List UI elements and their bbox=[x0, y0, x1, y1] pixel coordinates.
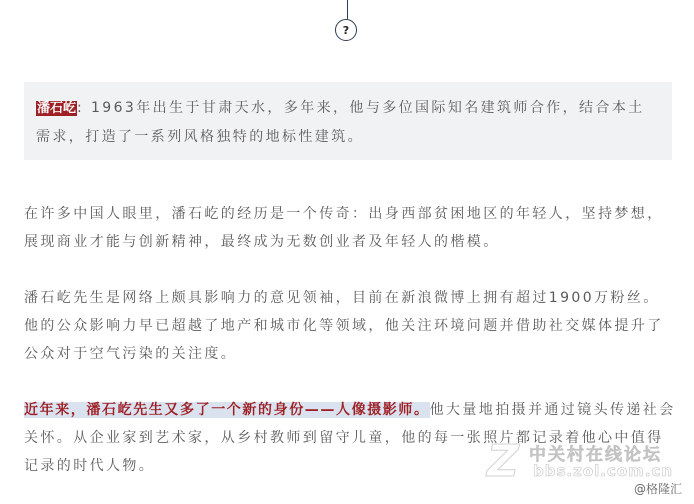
paragraph-legend: 在许多中国人眼里，潘石屹的经历是一个传奇：出身西部贫困地区的年轻人，坚持梦想，展… bbox=[24, 200, 676, 256]
help-icon[interactable]: ? bbox=[335, 19, 357, 41]
help-icon-glyph: ? bbox=[343, 24, 349, 37]
name-badge: 潘石屹 bbox=[36, 101, 77, 116]
highlighted-lead: 近年来，潘石屹先生又多了一个新的身份——人像摄影师。 bbox=[24, 402, 430, 418]
bio-text: 潘石屹: 1963年出生于甘肃天水，多年来，他与多位国际知名建筑师合作，结合本土… bbox=[36, 94, 658, 151]
paragraph-influence: 潘石屹先生是网络上颇具影响力的意见领袖，目前在新浪微博上拥有超过1900万粉丝。… bbox=[24, 284, 676, 368]
bio-box: 潘石屹: 1963年出生于甘肃天水，多年来，他与多位国际知名建筑师合作，结合本土… bbox=[24, 82, 672, 160]
paragraph-photographer: 近年来，潘石屹先生又多了一个新的身份——人像摄影师。他大量地拍摄并通过镜头传递社… bbox=[24, 396, 676, 480]
bio-body: 1963年出生于甘肃天水，多年来，他与多位国际知名建筑师合作，结合本土需求，打造… bbox=[36, 100, 645, 145]
source-credit: @格隆汇 bbox=[634, 480, 682, 497]
connector-line bbox=[347, 0, 348, 19]
